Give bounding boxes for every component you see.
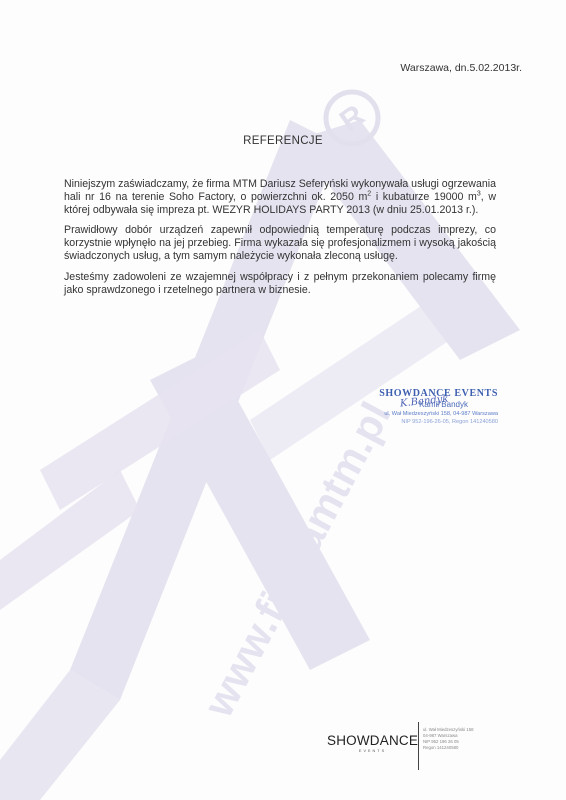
paragraph-3: Jesteśmy zadowoleni ze wzajemnej współpr… bbox=[64, 271, 496, 297]
footer-brand-sub: EVENTS bbox=[327, 749, 418, 753]
company-stamp: SHOWDANCE EVENTS Kamil Bandyk ul. Wał Mi… bbox=[363, 388, 498, 425]
letter-body: Niniejszym zaświadczamy, że firma MTM Da… bbox=[64, 178, 496, 304]
watermark-url: www.firmamtm.pl bbox=[194, 394, 400, 725]
footer-address: ul. Wał Miedzeszyński 158 04-987 Warszaw… bbox=[423, 727, 473, 751]
paragraph-1: Niniejszym zaświadczamy, że firma MTM Da… bbox=[64, 178, 496, 217]
paragraph-2: Prawidłowy dobór urządzeń zapewnił odpow… bbox=[64, 224, 496, 263]
document-title: REFERENCJE bbox=[0, 135, 566, 147]
stamp-address: ul. Wał Miedzeszyński 158, 04-987 Warsza… bbox=[363, 411, 498, 417]
place-date: Warszawa, dn.5.02.2013r. bbox=[400, 62, 522, 74]
footer-divider bbox=[418, 722, 419, 770]
svg-text:R: R bbox=[334, 98, 371, 138]
footer-brand: SHOWDANCE bbox=[327, 733, 418, 748]
footer-logo: SHOWDANCE EVENTS bbox=[327, 733, 418, 753]
stamp-ids: NIP 952-196-26-05, Regon 141240580 bbox=[363, 419, 498, 425]
